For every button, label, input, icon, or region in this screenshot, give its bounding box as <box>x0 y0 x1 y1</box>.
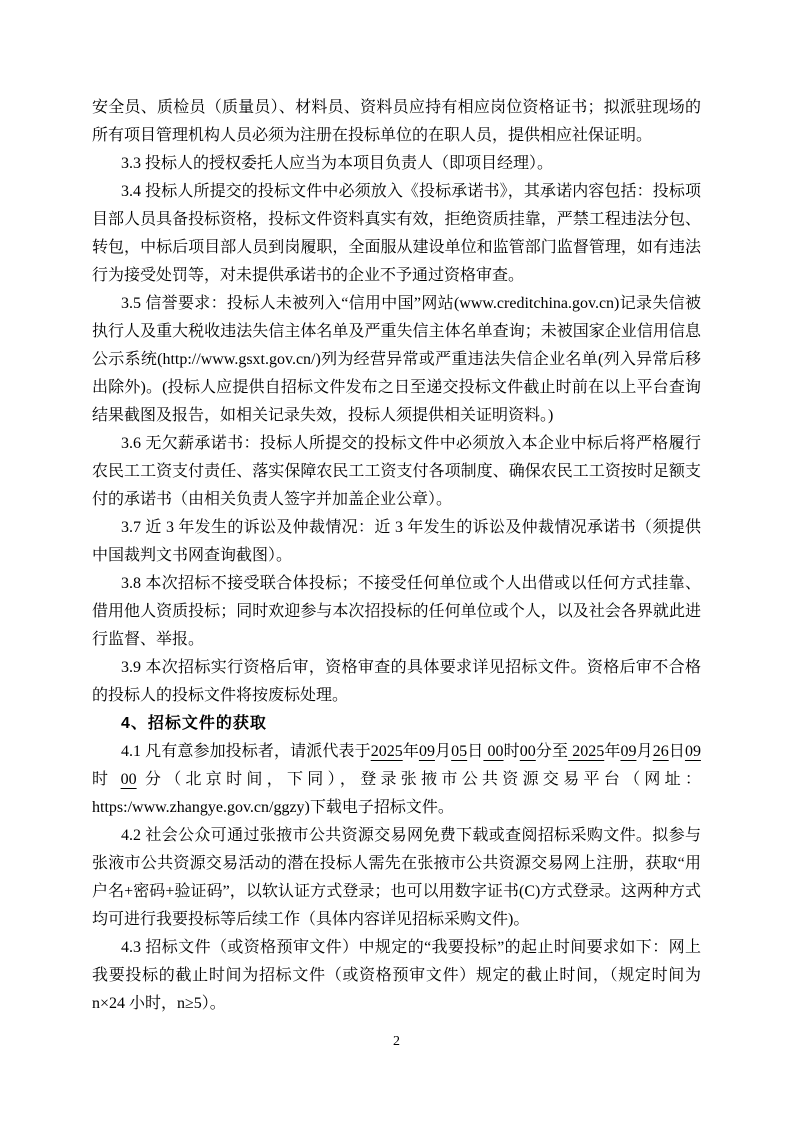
underlined-field: 09 <box>685 743 701 760</box>
text-run: 安全员、质检员（质量员）、材料员、资料员应持有相应岗位资格证书；拟派驻现场的所有… <box>92 99 701 144</box>
paragraph: 3.8 本次招标不接受联合体投标；不接受任何单位或个人出借或以任何方式挂靠、借用… <box>92 570 701 654</box>
text-run: 3.3 投标人的授权委托人应当为本项目负责人（即项目经理）。 <box>121 155 553 172</box>
underlined-field: 00 <box>520 743 536 760</box>
underlined-field: 09 <box>419 743 435 760</box>
text-run: 日 <box>467 743 483 760</box>
underlined-field: 09 <box>620 743 636 760</box>
paragraph: 4.1 凡有意参加投标者，请派代表于2025年09月05日 00时00分至 20… <box>92 738 701 822</box>
text-run: 4.1 凡有意参加投标者，请派代表于 <box>121 743 371 760</box>
paragraph: 3.4 投标人所提交的投标文件中必须放入《投标承诺书》，其承诺内容包括：投标项目… <box>92 178 701 290</box>
text-run: 3.7 近 3 年发生的诉讼及仲裁情况：近 3 年发生的诉讼及仲裁情况承诺书（须… <box>92 519 701 564</box>
text-run: 时 <box>92 771 121 788</box>
underlined-field: 2025 <box>371 743 403 760</box>
text-run: 4.3 招标文件（或资格预审文件）中规定的“我要投标”的起止时间要求如下：网上我… <box>92 939 701 1012</box>
paragraphs: 安全员、质检员（质量员）、材料员、资料员应持有相应岗位资格证书；拟派驻现场的所有… <box>92 94 701 1018</box>
text-run: 时 <box>504 743 520 760</box>
underlined-field: 2025 <box>568 743 604 760</box>
text-run: 3.4 投标人所提交的投标文件中必须放入《投标承诺书》，其承诺内容包括：投标项目… <box>92 183 701 284</box>
paragraph: 4.3 招标文件（或资格预审文件）中规定的“我要投标”的起止时间要求如下：网上我… <box>92 934 701 1018</box>
paragraph: 3.7 近 3 年发生的诉讼及仲裁情况：近 3 年发生的诉讼及仲裁情况承诺书（须… <box>92 514 701 570</box>
text-run: 3.9 本次招标实行资格后审，资格审查的具体要求详见招标文件。资格后审不合格的投… <box>92 659 701 704</box>
text-run: 年 <box>403 743 419 760</box>
paragraph: 安全员、质检员（质量员）、材料员、资料员应持有相应岗位资格证书；拟派驻现场的所有… <box>92 94 701 150</box>
text-run: 分（北京时间，下同），登录张掖市公共资源交易平台（网址：https:/www.z… <box>92 771 701 816</box>
paragraph: 4.2 社会公众可通过张掖市公共资源交易网免费下载或查阅招标采购文件。拟参与张液… <box>92 822 701 934</box>
text-run: 月 <box>636 743 652 760</box>
text-run: 年 <box>604 743 620 760</box>
text-run: 日 <box>669 743 685 760</box>
text-run: 4.2 社会公众可通过张掖市公共资源交易网免费下载或查阅招标采购文件。拟参与张液… <box>92 827 701 928</box>
paragraph: 3.5 信誉要求：投标人未被列入“信用中国”网站(www.creditchina… <box>92 290 701 430</box>
text-run: 3.6 无欠薪承诺书：投标人所提交的投标文件中必须放入本企业中标后将严格履行农民… <box>92 435 701 508</box>
paragraph: 3.9 本次招标实行资格后审，资格审查的具体要求详见招标文件。资格后审不合格的投… <box>92 654 701 710</box>
section-heading: 4、招标文件的获取 <box>92 710 701 738</box>
text-run: 3.5 信誉要求：投标人未被列入“信用中国”网站(www.creditchina… <box>92 295 701 424</box>
paragraph: 3.3 投标人的授权委托人应当为本项目负责人（即项目经理）。 <box>92 150 701 178</box>
page-number: 2 <box>0 1033 793 1051</box>
underlined-field: 26 <box>653 743 669 760</box>
paragraph: 3.6 无欠薪承诺书：投标人所提交的投标文件中必须放入本企业中标后将严格履行农民… <box>92 430 701 514</box>
underlined-field: 00 <box>483 743 503 760</box>
text-run: 4、招标文件的获取 <box>121 715 267 732</box>
underlined-field: 00 <box>121 771 137 788</box>
text-run: 分至 <box>536 743 568 760</box>
document-page: 安全员、质检员（质量员）、材料员、资料员应持有相应岗位资格证书；拟派驻现场的所有… <box>0 0 793 1122</box>
text-run: 月 <box>435 743 451 760</box>
text-run: 3.8 本次招标不接受联合体投标；不接受任何单位或个人出借或以任何方式挂靠、借用… <box>92 575 701 648</box>
underlined-field: 05 <box>451 743 467 760</box>
